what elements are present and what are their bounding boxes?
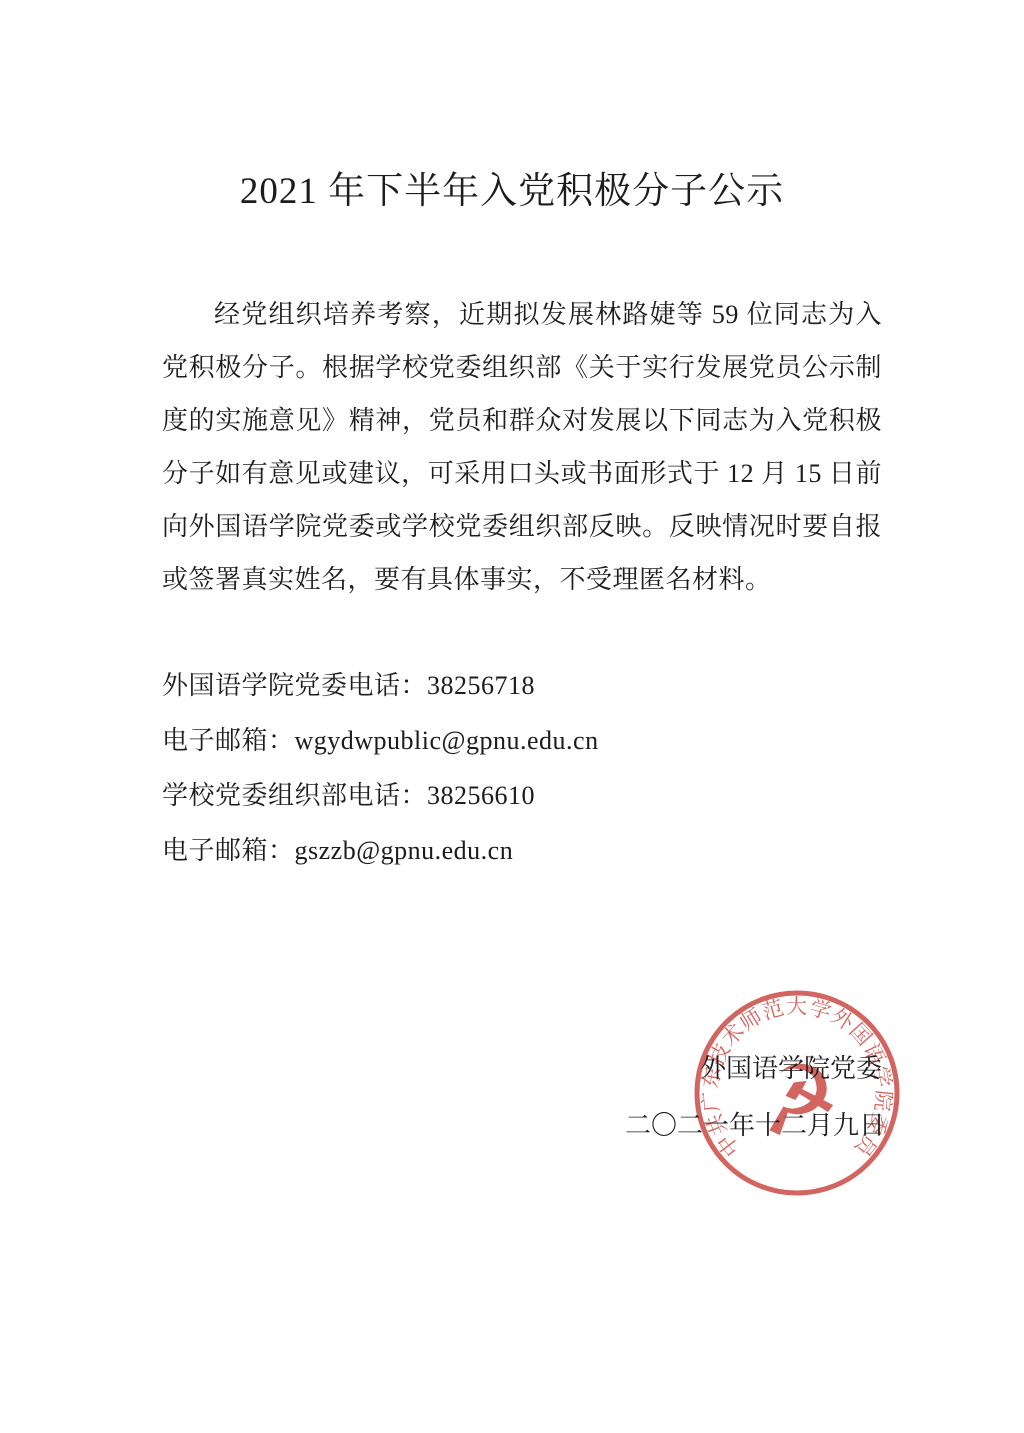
signature-org: 外国语学院党委 (700, 1053, 882, 1084)
contact-block: 外国语学院党委电话：38256718 电子邮箱：wgydwpublic@gpnu… (162, 658, 882, 878)
contact-email-university: 电子邮箱：gszzb@gpnu.edu.cn (162, 823, 882, 878)
contact-email-college: 电子邮箱：wgydwpublic@gpnu.edu.cn (162, 713, 882, 768)
signature-date: 二〇二一年十二月九日 (625, 1110, 885, 1141)
document-title: 2021 年下半年入党积极分子公示 (0, 160, 1024, 214)
contact-phone-university: 学校党委组织部电话：38256610 (162, 768, 882, 823)
seal-graphic: 中共广东技术师范大学外国语学院委员会 ☭ (692, 988, 902, 1198)
body-paragraph: 经党组织培养考察，近期拟发展林路婕等 59 位同志为入党积极分子。根据学校党委组… (162, 288, 882, 606)
document-page: 2021 年下半年入党积极分子公示 经党组织培养考察，近期拟发展林路婕等 59 … (0, 0, 1024, 1433)
official-seal: 中共广东技术师范大学外国语学院委员会 ☭ (692, 988, 902, 1198)
contact-phone-college: 外国语学院党委电话：38256718 (162, 658, 882, 713)
